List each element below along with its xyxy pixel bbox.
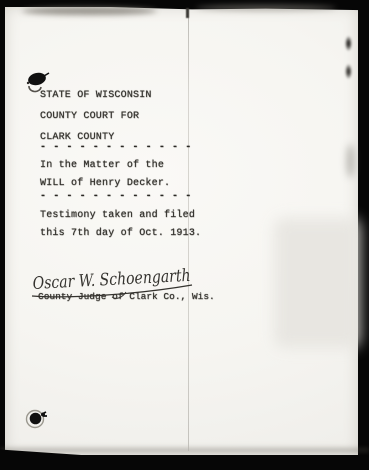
fold-top-mark bbox=[186, 8, 189, 18]
right-edge-smudge bbox=[347, 144, 354, 178]
page-bottom-shadow bbox=[0, 446, 369, 452]
matter-line: WILL of Henry Decker. bbox=[40, 179, 170, 191]
header-line: COUNTY COURT FOR bbox=[40, 112, 139, 124]
scanned-court-document: STATE OF WISCONSIN COUNTY COURT FOR CLAR… bbox=[0, 0, 369, 470]
body-line: Testimony taken and filed bbox=[40, 211, 195, 223]
matter-line: In the Matter of the bbox=[40, 161, 164, 173]
right-edge-smudge bbox=[345, 64, 352, 79]
top-edge-smudge bbox=[22, 7, 157, 15]
ink-blot-icon bbox=[24, 407, 52, 431]
right-edge-smudge bbox=[345, 36, 352, 51]
scan-border-left bbox=[0, 0, 5, 470]
signature-title: County Judge of Clark Co., Wis. bbox=[38, 292, 215, 304]
header-line: STATE OF WISCONSIN bbox=[40, 91, 152, 103]
body-line: this 7th day of Oct. 1913. bbox=[40, 229, 201, 241]
scan-shading-patch bbox=[274, 218, 360, 348]
top-edge-smudge bbox=[196, 5, 336, 11]
divider-dashes: - - - - - - - - - - - - bbox=[40, 143, 192, 155]
divider-dashes: - - - - - - - - - - - - bbox=[40, 192, 192, 204]
